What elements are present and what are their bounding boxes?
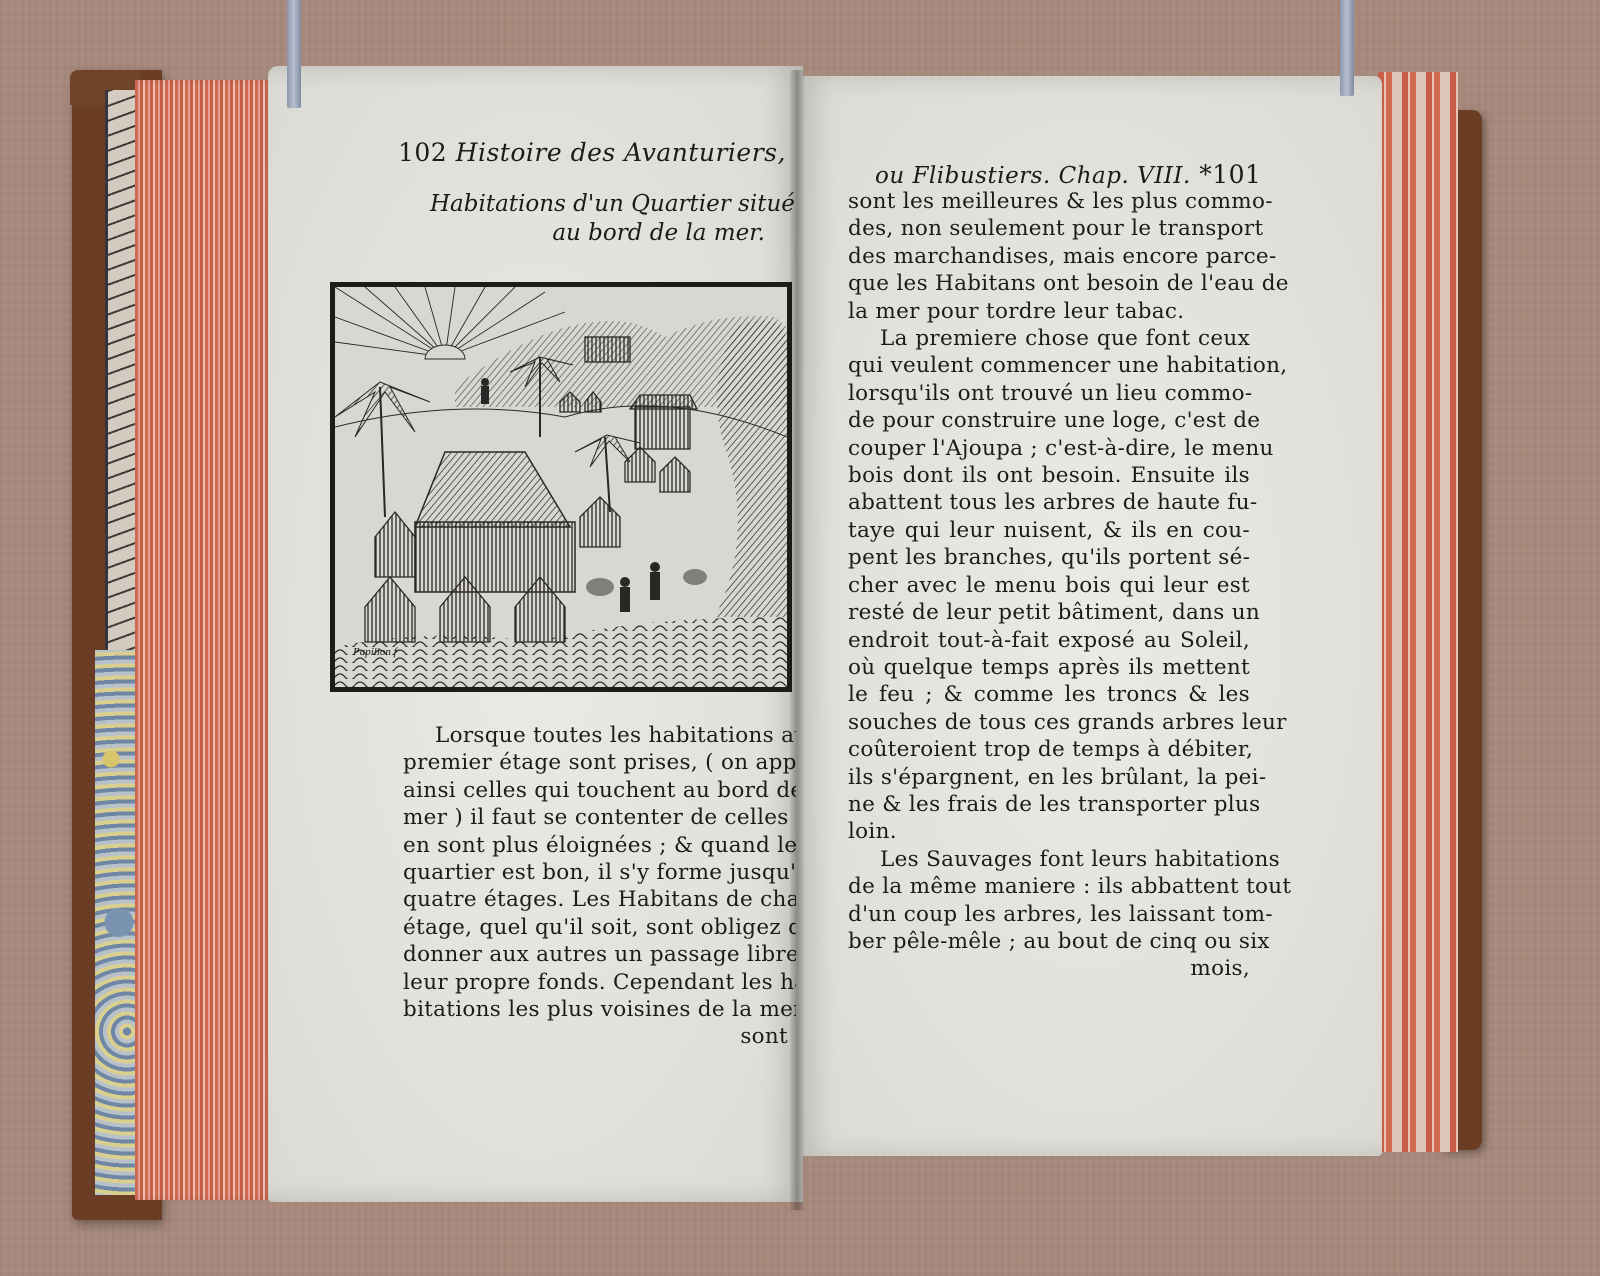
woodcut-signature: Papillon f xyxy=(352,646,399,658)
left-body-text: Lorsque toutes les habitations au premie… xyxy=(403,722,788,1051)
text-line: quartier est bon, il s'y forme jusqu'à xyxy=(403,859,788,886)
left-running-head: 102 Histoire des Avanturiers, xyxy=(398,138,786,167)
left-running-title: Histoire des Avanturiers, xyxy=(456,138,786,167)
text-line: ne & les frais de les transporter plus xyxy=(848,791,1250,818)
text-line: abattent tous les arbres de haute fu- xyxy=(848,489,1250,516)
catchword: mois, xyxy=(848,955,1250,982)
text-line: taye qui leur nuisent, & ils en cou- xyxy=(848,517,1250,544)
catchword: sont xyxy=(403,1023,788,1050)
text-line: coûteroient trop de temps à débiter, xyxy=(848,736,1250,763)
caption-line: au bord de la mer. xyxy=(430,219,765,248)
marbled-endpaper xyxy=(95,650,135,1195)
text-line: lorsqu'ils ont trouvé un lieu commo- xyxy=(848,380,1250,407)
text-line: La premiere chose que font ceux xyxy=(848,325,1250,352)
woodcut-illustration: Papillon f xyxy=(330,282,792,692)
text-line: où quelque temps après ils mettent xyxy=(848,654,1250,681)
right-body-text: sont les meilleures & les plus commo- de… xyxy=(848,188,1250,983)
text-line: Lorsque toutes les habitations au xyxy=(403,722,788,749)
illustration-caption: Habitations d'un Quartier situé au bord … xyxy=(430,190,765,248)
text-line: des, non seulement pour le transport xyxy=(848,215,1250,242)
text-line: de pour construire une loge, c'est de xyxy=(848,407,1250,434)
text-line: bois dont ils ont besoin. Ensuite ils xyxy=(848,462,1250,489)
text-line: ber pêle-mêle ; au bout de cinq ou six xyxy=(848,928,1250,955)
text-line: le feu ; & comme les troncs & les xyxy=(848,681,1250,708)
text-line: que les Habitans ont besoin de l'eau de xyxy=(848,270,1250,297)
text-line: ainsi celles qui touchent au bord de la xyxy=(403,777,788,804)
text-line: souches de tous ces grands arbres leur xyxy=(848,709,1250,736)
text-line: qui veulent commencer une habitation, xyxy=(848,352,1250,379)
text-line: des marchandises, mais encore parce- xyxy=(848,243,1250,270)
text-line: pent les branches, qu'ils portent sé- xyxy=(848,544,1250,571)
caption-line: Habitations d'un Quartier situé xyxy=(430,190,765,219)
text-line: leur propre fonds. Cependant les ha- xyxy=(403,969,788,996)
text-line: en sont plus éloignées ; & quand le xyxy=(403,832,788,859)
settlement-woodcut-icon: Papillon f xyxy=(335,287,787,687)
right-running-head: ou Flibustiers. Chap. VIII. *101 xyxy=(875,160,1261,189)
text-line: cher avec le menu bois qui leur est xyxy=(848,572,1250,599)
right-running-title: ou Flibustiers. Chap. VIII. xyxy=(875,163,1191,189)
text-line: endroit tout-à-fait exposé au Soleil, xyxy=(848,627,1250,654)
text-line: Les Sauvages font leurs habitations xyxy=(848,846,1250,873)
text-line: d'un coup les arbres, les laissant tom- xyxy=(848,901,1250,928)
right-page-number: *101 xyxy=(1199,160,1261,189)
text-line: donner aux autres un passage libre sur xyxy=(403,941,788,968)
page-clip-right xyxy=(1340,0,1354,96)
left-page-edges xyxy=(135,80,270,1200)
text-line: resté de leur petit bâtiment, dans un xyxy=(848,599,1250,626)
page-clip-left xyxy=(287,0,301,108)
text-line: la mer pour tordre leur tabac. xyxy=(848,298,1250,325)
text-line: couper l'Ajoupa ; c'est-à-dire, le menu xyxy=(848,435,1250,462)
text-line: premier étage sont prises, ( on appelle xyxy=(403,749,788,776)
text-line: ils s'épargnent, en les brûlant, la pei- xyxy=(848,764,1250,791)
text-line: loin. xyxy=(848,818,1250,845)
text-line: de la même maniere : ils abbattent tout xyxy=(848,873,1250,900)
text-line: mer ) il faut se contenter de celles qui xyxy=(403,804,788,831)
text-line: sont les meilleures & les plus commo- xyxy=(848,188,1250,215)
text-line: quatre étages. Les Habitans de chaque xyxy=(403,886,788,913)
text-line: bitations les plus voisines de la mer, xyxy=(403,996,788,1023)
left-page-number: 102 xyxy=(398,138,447,167)
right-page-edges xyxy=(1378,72,1458,1152)
endpaper-print xyxy=(105,90,138,650)
text-line: étage, quel qu'il soit, sont obligez de xyxy=(403,914,788,941)
gutter-shadow xyxy=(790,70,804,1210)
